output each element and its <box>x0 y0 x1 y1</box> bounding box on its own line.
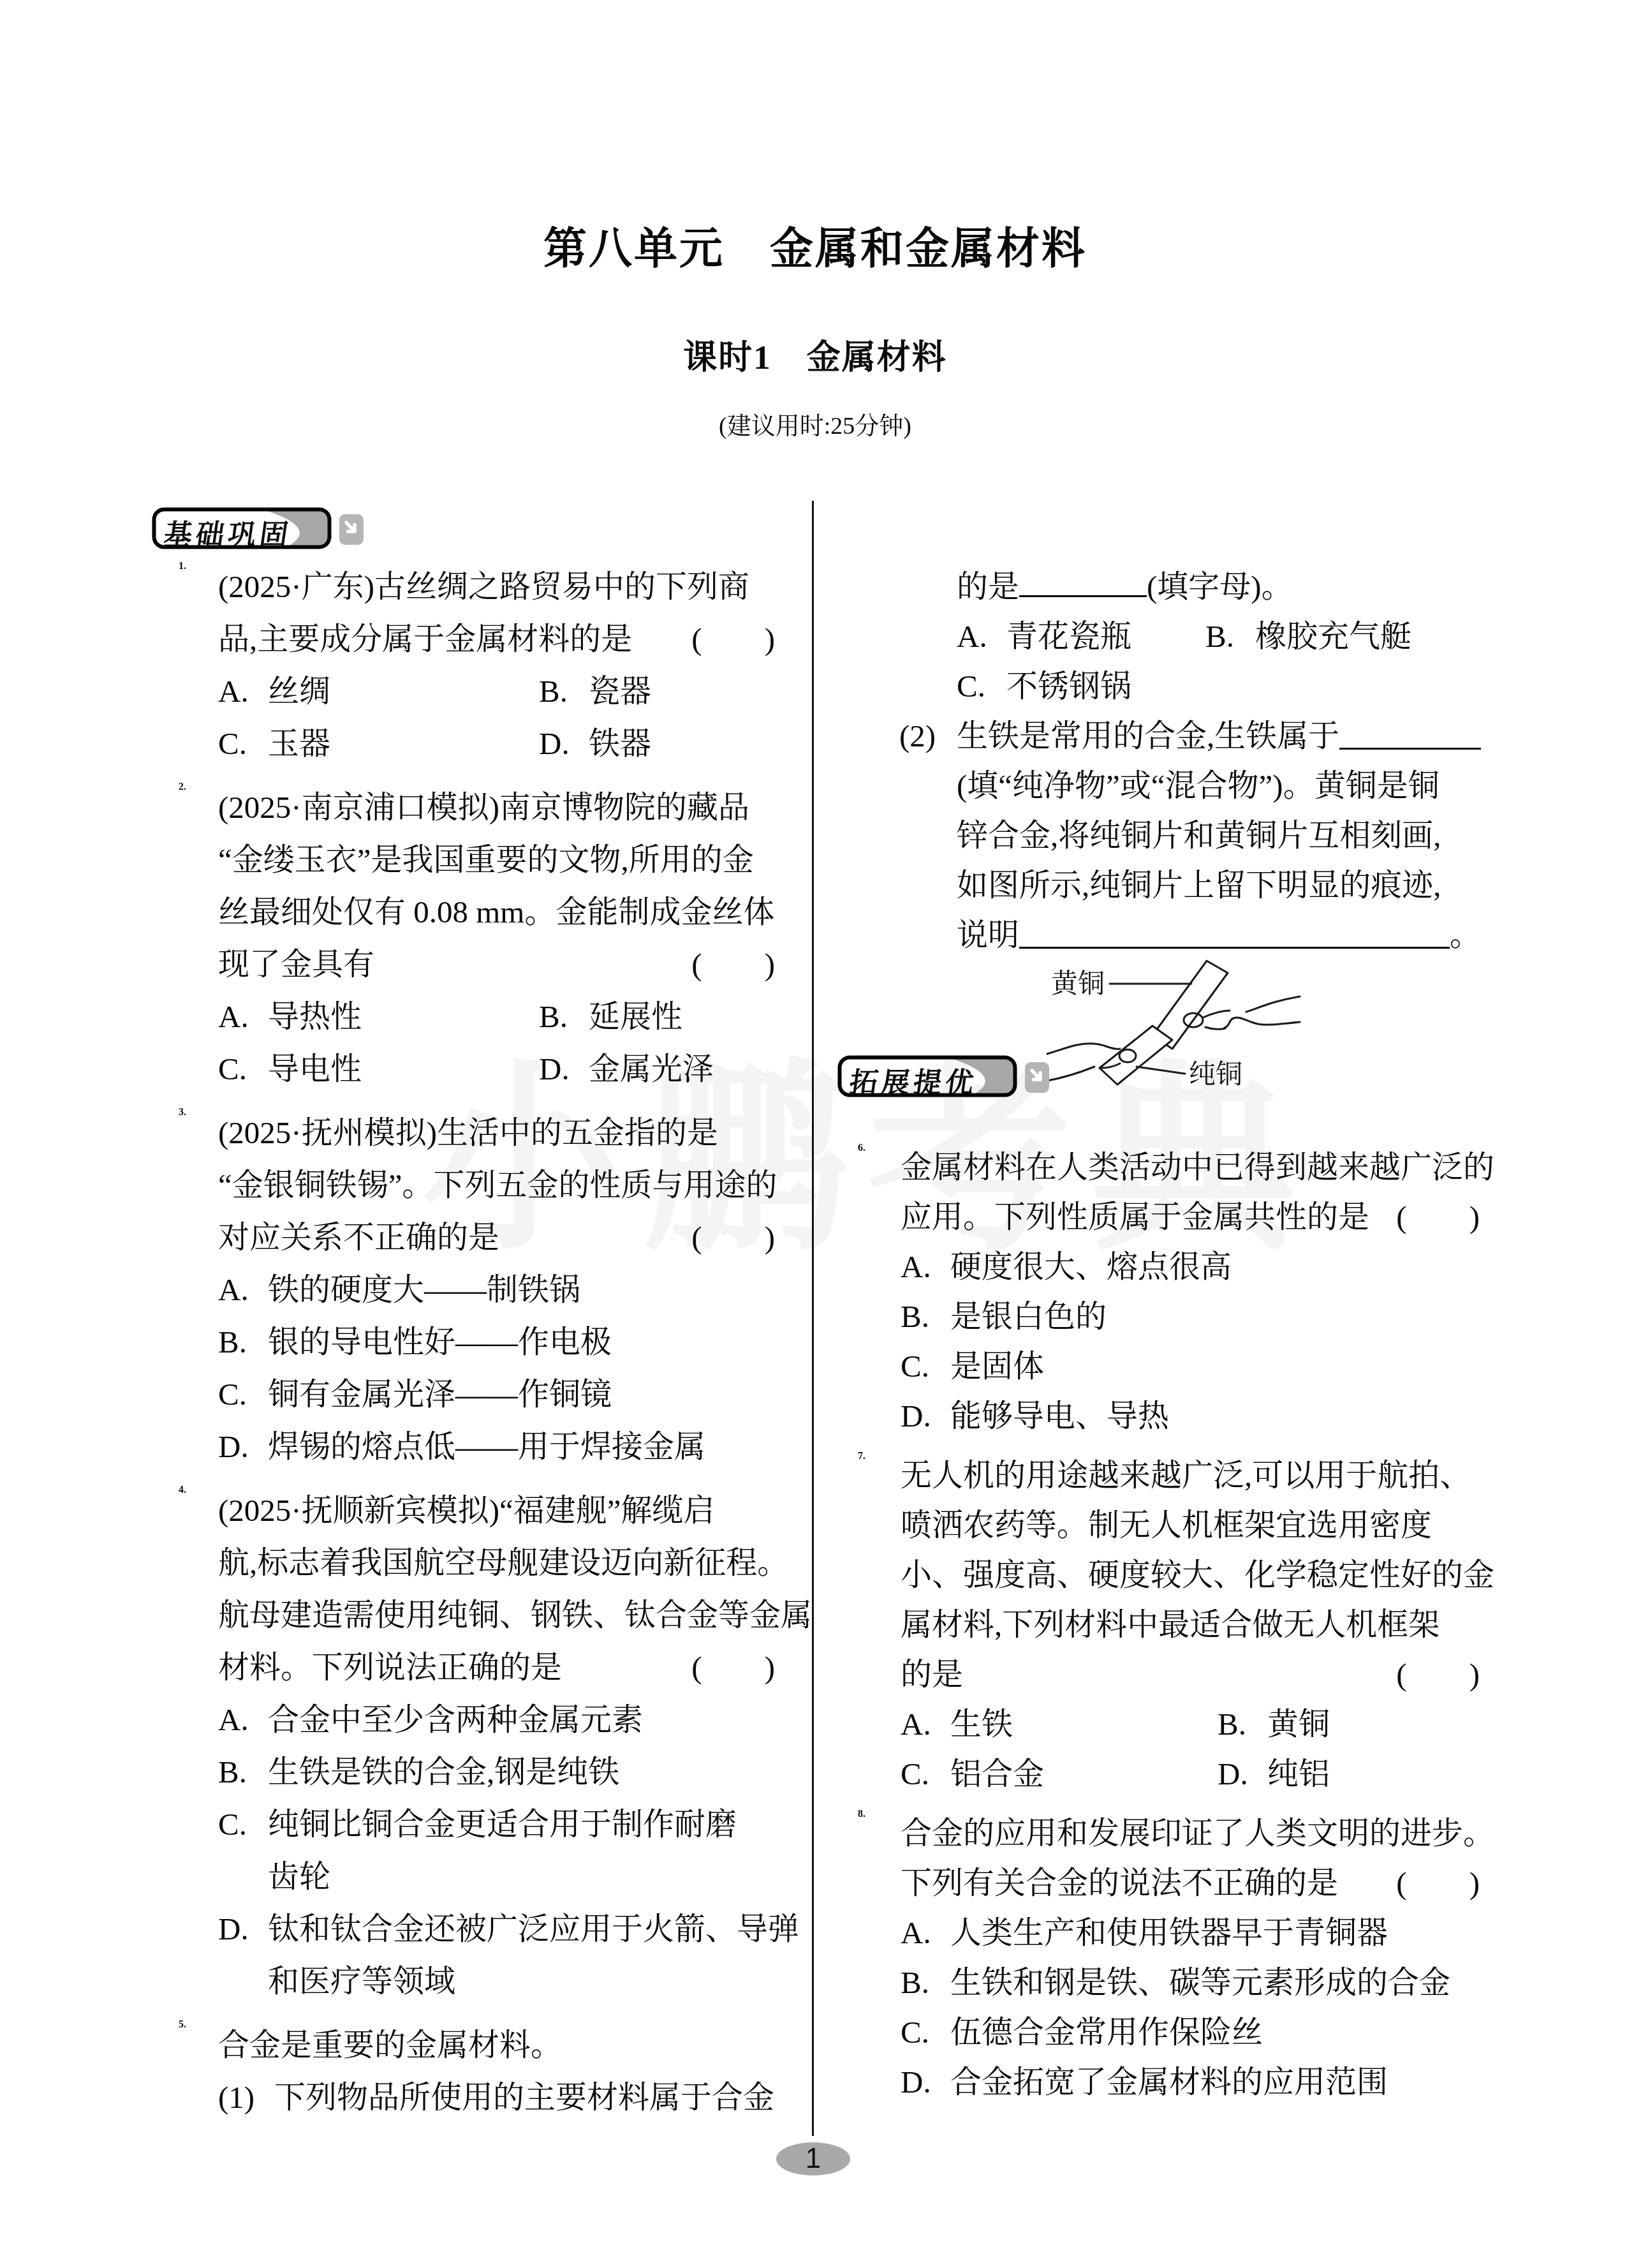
option-letter: B. <box>1218 1700 1267 1749</box>
answer-bracket: ( ) <box>691 1642 775 1694</box>
option-c: C.导电性 <box>218 1043 539 1095</box>
question-number: 4. <box>179 1485 186 1496</box>
option-a: A.铁的硬度大——制铁锅 <box>218 1264 775 1316</box>
option-label: 合金中至少含两种金属元素 <box>268 1694 643 1746</box>
option-d: D.纯铝 <box>1218 1749 1480 1799</box>
option-letter: D. <box>539 1043 589 1095</box>
question-number: 3. <box>179 1107 186 1118</box>
option-c: C.是固体 <box>901 1342 1480 1391</box>
option-letter: A. <box>901 1908 950 1958</box>
option-row: C.铝合金 D.纯铝 <box>901 1749 1480 1799</box>
option-c: C. 纯铜比铜合金更适合用于制作耐磨 齿轮 <box>218 1798 775 1903</box>
option-a: A.丝绸 <box>218 665 539 718</box>
question-number: 2. <box>179 782 186 793</box>
option-row: A.导热性 B.延展性 <box>218 991 775 1043</box>
option-label: 齿轮 <box>268 1851 775 1903</box>
option-label: 铁的硬度大——制铁锅 <box>268 1264 580 1316</box>
option-letter: D. <box>901 2057 950 2107</box>
option-letter: D. <box>1218 1749 1267 1799</box>
column-divider <box>812 501 814 2136</box>
option-letter: D. <box>901 1391 950 1441</box>
option-label: 钛和钛合金还被广泛应用于火箭、导弹 <box>268 1903 799 1955</box>
badge-label-advanced: 拓展提优 <box>848 1060 981 1101</box>
option-label: 是固体 <box>950 1342 1044 1391</box>
option-d: D.能够导电、导热 <box>901 1391 1480 1441</box>
question-5: 5. 合金是重要的金属材料。 (1) 下列物品所使用的主要材料属于合金 <box>218 2019 775 2124</box>
option-c: C.玉器 <box>218 718 539 770</box>
question-4: 4. (2025·抚顺新宾模拟)“福建舰”解缆启 航,标志着我国航空母舰建设迈向… <box>218 1485 775 2008</box>
stem-line: (2025·抚州模拟)生活中的五金指的是 <box>218 1107 775 1159</box>
option-b: B.瓷器 <box>539 665 775 718</box>
stem-line: 喷洒农药等。制无人机框架宜选用密度 <box>901 1501 1480 1550</box>
stem-line: 材料。下列说法正确的是 ( ) <box>218 1642 775 1694</box>
option-label: 伍德合金常用作保险丝 <box>950 2008 1263 2057</box>
option-row: C.玉器 D.铁器 <box>218 718 775 770</box>
answer-bracket: ( ) <box>1396 1650 1480 1700</box>
option-label: 青花瓷瓶 <box>1006 612 1131 662</box>
stem-line: 金属材料在人类活动中已得到越来越广泛的 <box>901 1143 1480 1192</box>
stem-text: 的是 <box>901 1657 963 1692</box>
option-label: 导热性 <box>268 991 362 1043</box>
option-b: B.银的导电性好——作电极 <box>218 1316 775 1368</box>
option-letter: A. <box>218 665 268 718</box>
option-letter: C. <box>901 1749 950 1799</box>
option-label: 人类生产和使用铁器早于青铜器 <box>950 1908 1388 1958</box>
option-letter: A. <box>218 1694 268 1746</box>
stem-line: (2025·抚顺新宾模拟)“福建舰”解缆启 <box>218 1485 775 1537</box>
option-c: C.铜有金属光泽——作铜镜 <box>218 1368 775 1421</box>
sub-item-text: 如图所示,纯铜片上留下明显的痕迹, <box>957 861 1481 910</box>
option-label: 铜有金属光泽——作铜镜 <box>268 1368 612 1421</box>
stem-line: 丝最细处仅有 0.08 mm。金能制成金丝体 <box>218 886 775 938</box>
option-d: D.焊锡的熔点低——用于焊接金属 <box>218 1421 775 1473</box>
arrow-down-right-icon <box>339 514 364 545</box>
option-label: 生铁和钢是铁、碳等元素形成的合金 <box>950 1958 1450 2008</box>
sub-item-1: (1) 下列物品所使用的主要材料属于合金 <box>218 2072 775 2124</box>
option-letter: B. <box>901 1958 950 2008</box>
option-letter: D. <box>539 718 589 770</box>
stem-text: 下列有关合金的说法不正确的是 <box>901 1865 1338 1901</box>
fill-text: 的是 <box>957 569 1019 604</box>
option-letter: A. <box>957 612 1006 662</box>
question-number: 6. <box>858 1143 865 1154</box>
option-a: A.青花瓷瓶 <box>957 612 1205 662</box>
time-note: (建议用时:25分钟) <box>156 406 1474 441</box>
option-letter: C. <box>218 718 268 770</box>
stem-line: 合金的应用和发展印证了人类文明的进步。 <box>901 1809 1480 1858</box>
option-letter: C. <box>957 662 1006 711</box>
option-label: 生铁是铁的合金,钢是纯铁 <box>268 1746 619 1798</box>
stem-line: (2025·南京浦口模拟)南京博物院的藏品 <box>218 782 775 834</box>
option-d: D.铁器 <box>539 718 775 770</box>
answer-bracket: ( ) <box>1396 1192 1480 1242</box>
lesson-title: 课时1 金属材料 <box>156 330 1474 379</box>
option-letter: B. <box>218 1746 268 1798</box>
option-label: 橡胶充气艇 <box>1255 612 1411 662</box>
option-letter: D. <box>218 1421 268 1473</box>
option-label: 和医疗等领域 <box>268 1955 799 2008</box>
question-number: 8. <box>858 1809 865 1820</box>
option-c: C.伍德合金常用作保险丝 <box>901 2008 1480 2057</box>
stem-line: 应用。下列性质属于金属共性的是 ( ) <box>901 1192 1480 1242</box>
stem-line: 品,主要成分属于金属材料的是 ( ) <box>218 613 775 665</box>
stem-text: 应用。下列性质属于金属共性的是 <box>901 1199 1369 1234</box>
sub-item-text: (填“纯净物”或“混合物”)。黄铜是铜 <box>957 761 1481 811</box>
answer-bracket: ( ) <box>691 1212 775 1264</box>
question-number: 7. <box>858 1451 865 1462</box>
stem-line: 下列有关合金的说法不正确的是 ( ) <box>901 1858 1480 1908</box>
answer-bracket: ( ) <box>691 613 775 665</box>
option-label: 纯铜比铜合金更适合用于制作耐磨 <box>268 1798 775 1851</box>
option-row: A.生铁 B.黄铜 <box>901 1700 1480 1749</box>
answer-bracket: ( ) <box>1396 1858 1480 1908</box>
option-letter: C. <box>218 1043 268 1095</box>
stem-line: 现了金具有 ( ) <box>218 938 775 991</box>
figure-label-copper: 纯铜 <box>1189 1060 1242 1089</box>
option-label: 玉器 <box>268 718 330 770</box>
stem-line: 无人机的用途越来越广泛,可以用于航拍、 <box>901 1451 1480 1501</box>
sub-item-text: 下列物品所使用的主要材料属于合金 <box>218 2072 774 2124</box>
fill-text: 说明 <box>957 910 1019 960</box>
page-title: 第八单元 金属和金属材料 <box>156 214 1474 276</box>
option-label: 丝绸 <box>268 665 330 718</box>
option-label: 金属光泽 <box>589 1043 714 1095</box>
option-b: B.延展性 <box>539 991 775 1043</box>
option-b: B.黄铜 <box>1218 1700 1480 1749</box>
stem-line: 对应关系不正确的是 ( ) <box>218 1212 775 1264</box>
sub-item-marker: (2) <box>899 711 936 761</box>
option-label: 延展性 <box>589 991 682 1043</box>
stem-line: “金银铜铁锡”。下列五金的性质与用途的 <box>218 1159 775 1212</box>
sub-item-2: (2) 生铁是常用的合金,生铁属于 <box>957 711 1481 761</box>
question-8: 8. 合金的应用和发展印证了人类文明的进步。 下列有关合金的说法不正确的是 ( … <box>901 1809 1480 2107</box>
option-label: 铁器 <box>589 718 651 770</box>
option-letter: A. <box>218 991 268 1043</box>
option-b: B.生铁和钢是铁、碳等元素形成的合金 <box>901 1958 1480 2008</box>
fill-text: (填字母)。 <box>1147 569 1293 604</box>
option-a: A.硬度很大、熔点很高 <box>901 1242 1480 1292</box>
question-3: 3. (2025·抚州模拟)生活中的五金指的是 “金银铜铁锡”。下列五金的性质与… <box>218 1107 775 1473</box>
question-7: 7. 无人机的用途越来越广泛,可以用于航拍、 喷洒农药等。制无人机框架宜选用密度… <box>901 1451 1480 1799</box>
sub-item-marker: (1) <box>218 2072 274 2124</box>
option-label: 是银白色的 <box>950 1292 1107 1342</box>
answer-blank <box>1339 746 1481 750</box>
option-a: A.导热性 <box>218 991 539 1043</box>
option-d: D.金属光泽 <box>539 1043 775 1095</box>
stem-text: 对应关系不正确的是 <box>218 1220 499 1255</box>
stem-line: 的是 ( ) <box>901 1650 1480 1700</box>
answer-blank <box>1019 595 1147 597</box>
option-a: A.生铁 <box>901 1700 1218 1749</box>
option-row: A.青花瓷瓶 B.橡胶充气艇 <box>957 612 1481 662</box>
option-letter: B. <box>539 991 589 1043</box>
option-b: B.是银白色的 <box>901 1292 1480 1342</box>
stem-line: 合金是重要的金属材料。 <box>218 2019 775 2072</box>
option-label: 焊锡的熔点低——用于焊接金属 <box>268 1421 705 1473</box>
option-row: A.丝绸 B.瓷器 <box>218 665 775 718</box>
page-number: 1 <box>806 2143 821 2174</box>
question-2: 2. (2025·南京浦口模拟)南京博物院的藏品 “金缕玉衣”是我国重要的文物,… <box>218 782 775 1095</box>
option-letter: A. <box>901 1700 950 1749</box>
fill-in-line: 的是(填字母)。 <box>957 562 1481 612</box>
option-letter: C. <box>901 2008 950 2057</box>
option-label: 合金拓宽了金属材料的应用范围 <box>950 2057 1388 2107</box>
question-number: 5. <box>179 2019 186 2031</box>
option-a: A.人类生产和使用铁器早于青铜器 <box>901 1908 1480 1958</box>
option-label: 黄铜 <box>1267 1700 1330 1749</box>
stem-line: 小、强度高、硬度较大、化学稳定性好的金 <box>901 1550 1480 1600</box>
workbook-page: { "header": { "unit_title": "第八单元 金属和金属材… <box>0 0 1627 2268</box>
option-b: B.生铁是铁的合金,钢是纯铁 <box>218 1746 775 1798</box>
question-number: 1. <box>179 561 186 572</box>
stem-line: 航母建造需使用纯铜、钢铁、钛合金等金属 <box>218 1589 775 1642</box>
option-d: D.合金拓宽了金属材料的应用范围 <box>901 2057 1480 2107</box>
option-c: C.不锈钢锅 <box>957 662 1481 711</box>
stem-line: 航,标志着我国航空母舰建设迈向新征程。 <box>218 1537 775 1589</box>
stem-line: (2025·广东)古丝绸之路贸易中的下列商 <box>218 561 775 613</box>
stem-text: 品,主要成分属于金属材料的是 <box>218 621 632 656</box>
stem-text: 材料。下列说法正确的是 <box>218 1650 562 1685</box>
option-letter: A. <box>218 1264 268 1316</box>
option-label: 能够导电、导热 <box>950 1391 1169 1441</box>
stem-text: 现了金具有 <box>218 947 374 982</box>
option-label: 导电性 <box>268 1043 362 1095</box>
question-1: 1. (2025·广东)古丝绸之路贸易中的下列商 品,主要成分属于金属材料的是 … <box>218 561 775 770</box>
option-row: C.导电性 D.金属光泽 <box>218 1043 775 1095</box>
fill-in-line: 说明 。 <box>957 910 1481 960</box>
option-label: 铝合金 <box>950 1749 1044 1799</box>
option-a: A.合金中至少含两种金属元素 <box>218 1694 775 1746</box>
option-b: B.橡胶充气艇 <box>1205 612 1481 662</box>
option-letter: B. <box>901 1292 950 1342</box>
option-label: 银的导电性好——作电极 <box>268 1316 612 1368</box>
right-column-top: 的是(填字母)。 A.青花瓷瓶 B.橡胶充气艇 C.不锈钢锅 (2) 生铁是常用… <box>899 562 1481 960</box>
option-label: 瓷器 <box>589 665 651 718</box>
option-letter: A. <box>901 1242 950 1292</box>
question-6: 6. 金属材料在人类活动中已得到越来越广泛的 应用。下列性质属于金属共性的是 (… <box>901 1143 1480 1441</box>
option-letter: C. <box>901 1342 950 1391</box>
option-letter: B. <box>1205 612 1255 662</box>
section-badge-advanced: 拓展提优 <box>837 1055 1017 1097</box>
option-c: C.铝合金 <box>901 1749 1218 1799</box>
fill-text: 。 <box>1450 910 1481 960</box>
option-label: 生铁 <box>950 1700 1013 1749</box>
stem-line: “金缕玉衣”是我国重要的文物,所用的金 <box>218 834 775 886</box>
figure-label-brass: 黄铜 <box>1051 970 1105 999</box>
option-label: 纯铝 <box>1267 1749 1330 1799</box>
sub-item-text: 锌合金,将纯铜片和黄铜片互相刻画, <box>957 811 1481 861</box>
arrow-down-right-icon <box>1025 1062 1049 1093</box>
option-label: 硬度很大、熔点很高 <box>950 1242 1232 1292</box>
sub-item-text: 生铁是常用的合金,生铁属于 <box>957 711 1339 761</box>
option-label: 不锈钢锅 <box>1006 662 1131 711</box>
badge-label-basic: 基础巩固 <box>162 512 295 552</box>
left-column: 1. (2025·广东)古丝绸之路贸易中的下列商 品,主要成分属于金属材料的是 … <box>218 561 775 2124</box>
option-letter: B. <box>218 1316 268 1368</box>
right-column-bottom: 6. 金属材料在人类活动中已得到越来越广泛的 应用。下列性质属于金属共性的是 (… <box>901 1143 1480 2107</box>
option-letter: C. <box>218 1798 268 1851</box>
option-letter: D. <box>218 1903 268 1955</box>
stem-line: 属材料,下列材料中最适合做无人机框架 <box>901 1600 1480 1650</box>
section-badge-basic: 基础巩固 <box>152 507 332 549</box>
page-number-badge: 1 <box>776 2142 850 2175</box>
option-letter: B. <box>539 665 589 718</box>
answer-blank <box>1019 945 1450 949</box>
answer-bracket: ( ) <box>691 938 775 991</box>
option-letter: C. <box>218 1368 268 1421</box>
option-d: D. 钛和钛合金还被广泛应用于火箭、导弹 和医疗等领域 <box>218 1903 775 2008</box>
scratch-test-figure: 黄铜 纯铜 <box>1046 958 1301 1089</box>
